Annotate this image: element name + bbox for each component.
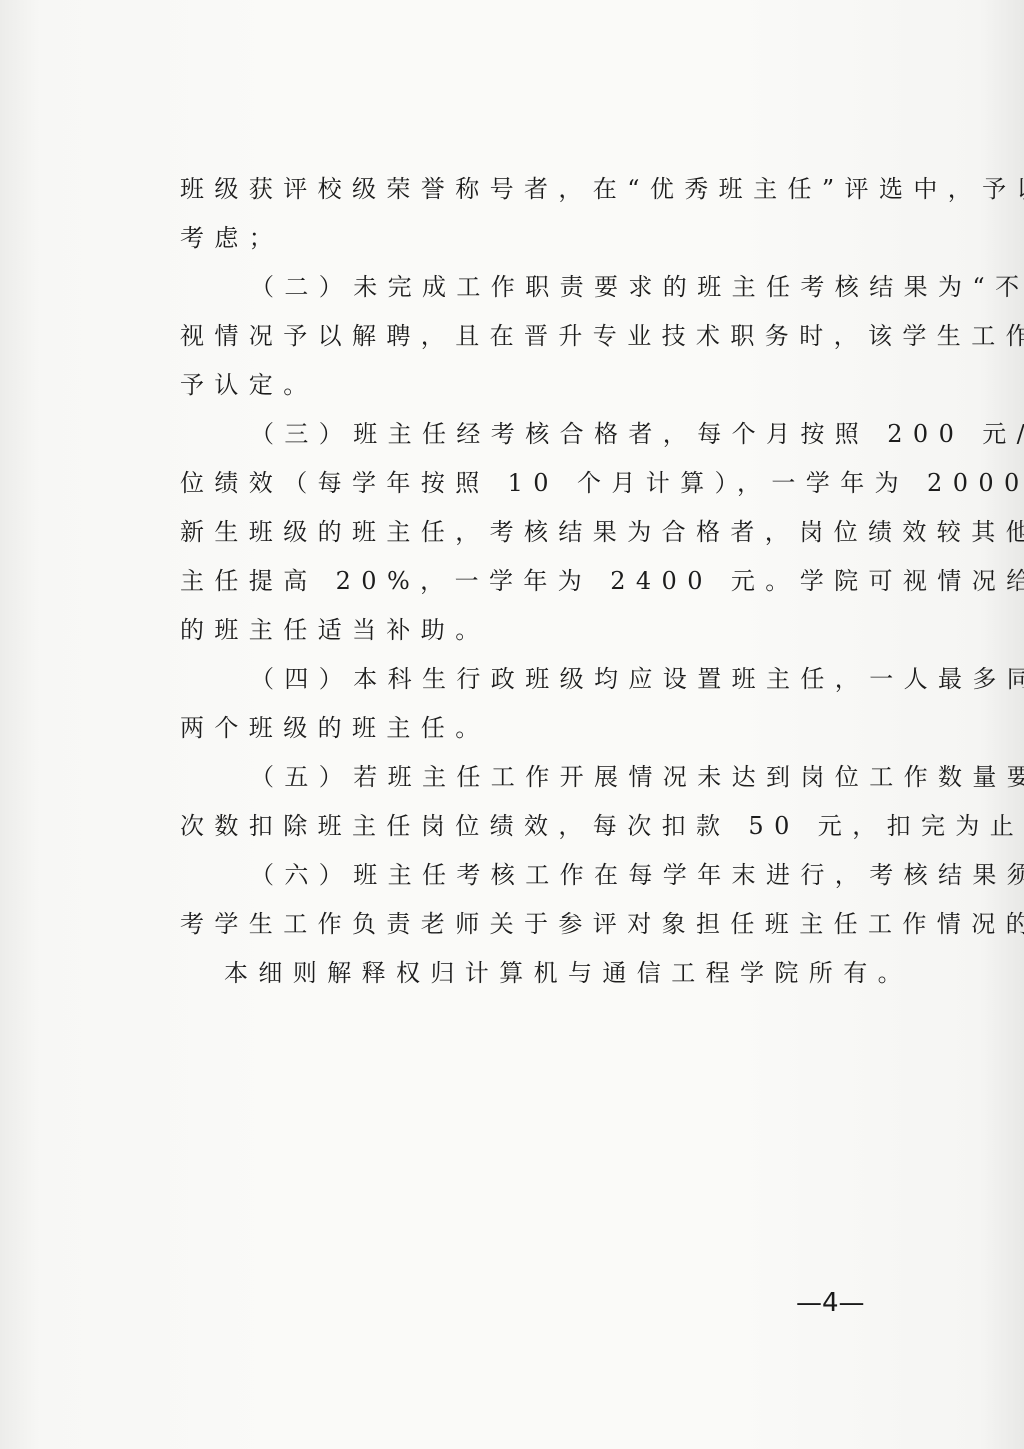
text-line: 的班主任适当补助。: [180, 606, 880, 655]
paragraph-two-start: （二）未完成工作职责要求的班主任考核结果为“不合格”，: [180, 263, 880, 312]
text-line: 考虑；: [180, 214, 880, 263]
page-number: —4—: [796, 1288, 865, 1318]
text-line: 考学生工作负责老师关于参评对象担任班主任工作情况的意见。: [180, 900, 880, 949]
paragraph-three-start: （三）班主任经考核合格者，每个月按照 200 元/班发放岗: [180, 410, 880, 459]
closing-statement: 本细则解释权归计算机与通信工程学院所有。: [180, 949, 880, 998]
paragraph-five-start: （五）若班主任工作开展情况未达到岗位工作数量要求，按: [180, 753, 880, 802]
text-line: 位绩效（每学年按照 10 个月计算），一学年为 2000 元；担任: [180, 459, 880, 508]
document-page: 班级获评校级荣誉称号者，在“优秀班主任”评选中，予以优先 考虑； （二）未完成工…: [0, 0, 1024, 1449]
text-line: 次数扣除班主任岗位绩效，每次扣款 50 元，扣完为止。: [180, 802, 880, 851]
paragraph-four-start: （四）本科生行政班级均应设置班主任，一人最多同时担任: [180, 655, 880, 704]
text-line: 视情况予以解聘，且在晋升专业技术职务时，该学生工作经历不: [180, 312, 880, 361]
text-line: 两个班级的班主任。: [180, 704, 880, 753]
text-line: 班级获评校级荣誉称号者，在“优秀班主任”评选中，予以优先: [180, 165, 880, 214]
text-line: 新生班级的班主任，考核结果为合格者，岗位绩效较其他年级班: [180, 508, 880, 557]
text-line: 予认定。: [180, 361, 880, 410]
text-line: 主任提高 20%，一学年为 2400 元。学院可视情况给予表现突出: [180, 557, 880, 606]
document-body: 班级获评校级荣誉称号者，在“优秀班主任”评选中，予以优先 考虑； （二）未完成工…: [180, 165, 880, 998]
paragraph-six-start: （六）班主任考核工作在每学年末进行，考核结果须充分参: [180, 851, 880, 900]
